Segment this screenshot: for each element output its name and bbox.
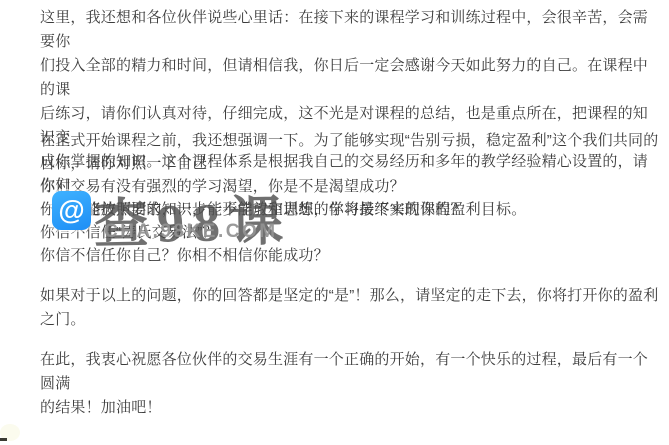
scan-dot-artifact xyxy=(0,438,7,441)
paragraph-self-check-questions: 在正式开始课程之前，我还想强调一下。为了能够实现“告别亏损，稳定盈利”这个我们共… xyxy=(40,129,662,267)
paragraph-answer-yes: 如果对于以上的问题，你的回答都是坚定的“是”！那么，请坚定的走下去，你将打开你的… xyxy=(40,284,662,332)
document-page: 这里，我还想和各位伙伴说些心里话：在接下来的课程学习和训练过程中，会很辛苦，会需… xyxy=(0,0,669,445)
paragraph-closing-wish: 在此，我衷心祝愿各位伙伴的交易生涯有一个正确的开始，有一个快乐的过程，最后有一个… xyxy=(40,348,662,420)
